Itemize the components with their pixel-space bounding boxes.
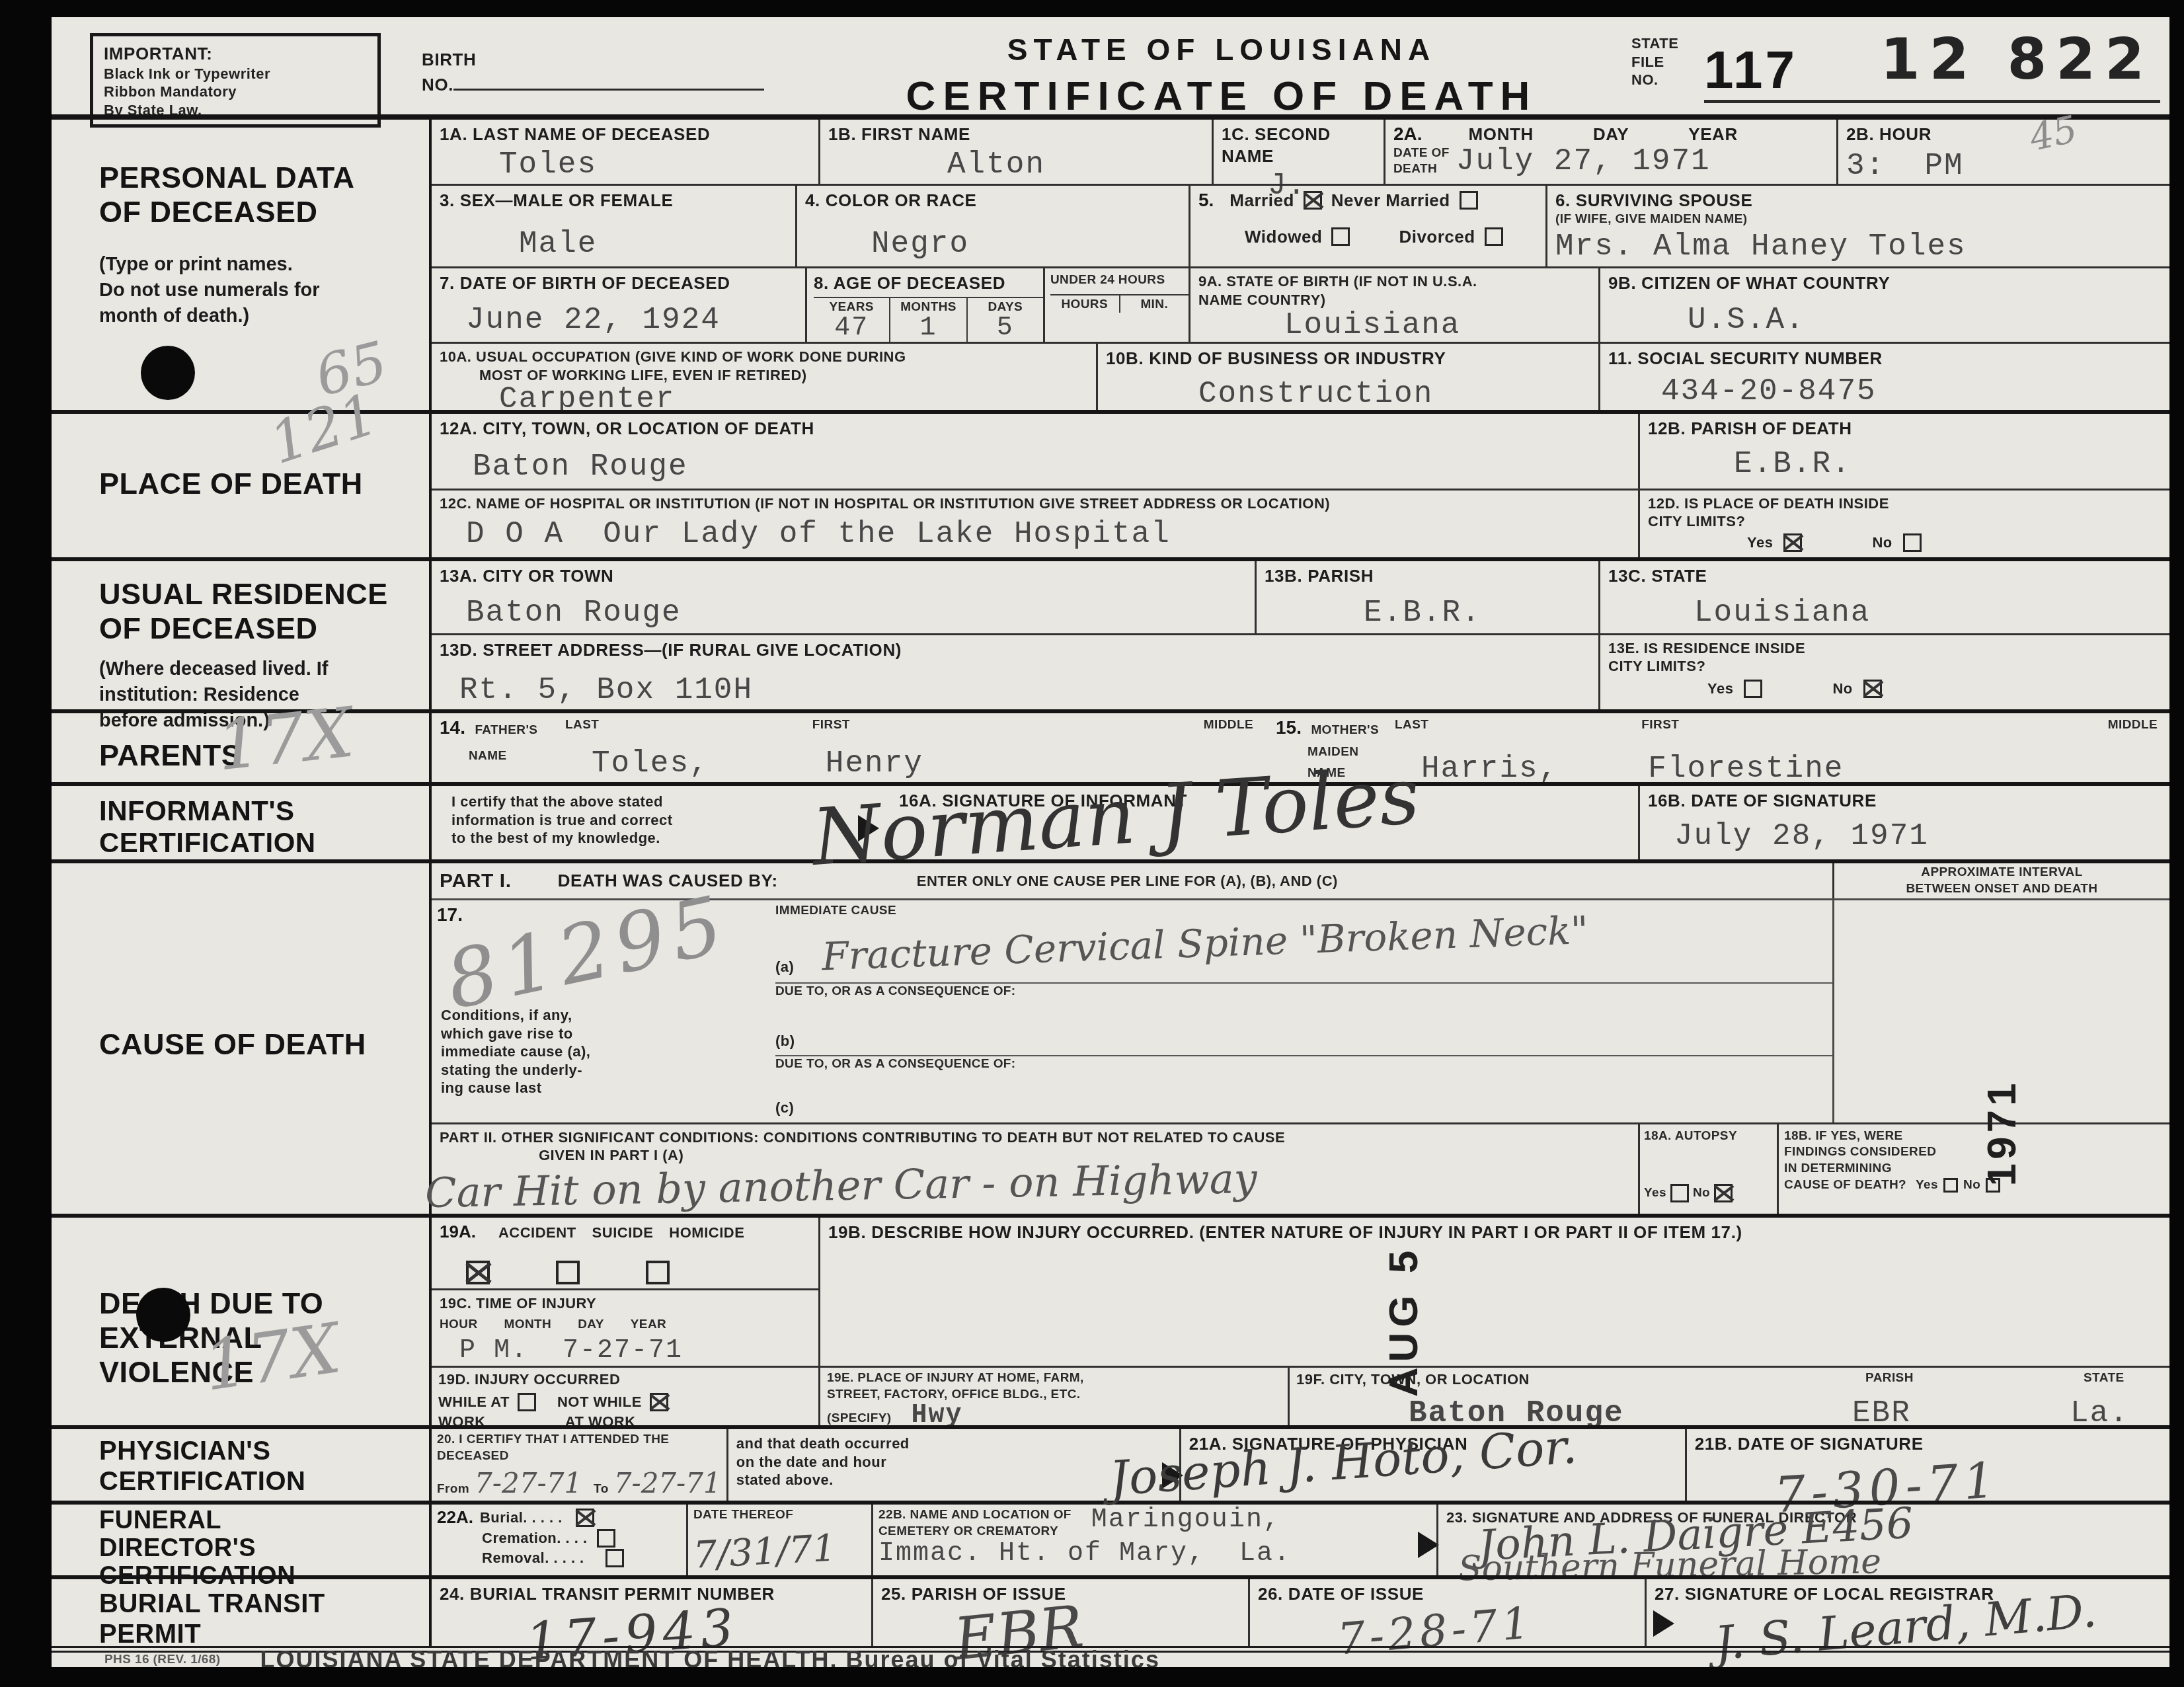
field-label: 1B. FIRST NAME [828,124,1204,145]
to-label: To [594,1481,609,1498]
field-label: 19C. TIME OF INJURY [440,1294,810,1313]
option-accident: ACCIDENT [498,1224,576,1242]
checkbox-never-married [1460,191,1478,210]
stamp-number: 12 822 [1881,26,2154,93]
column-header: MIDDLE [1980,717,2158,734]
field-1b: 1B. FIRST NAME Alton [818,120,1212,184]
checkbox-suicide [556,1261,580,1284]
field-label: UNDER 24 HOURS [1050,272,1189,289]
option-yes: Yes [1916,1177,1938,1194]
field-20: 20. I CERTIFY THAT I ATTENDED THE DECEAS… [432,1429,726,1501]
column-header: MONTH [1469,124,1534,145]
field-label: DEATH [1393,161,1450,178]
section-note: (Where deceased lived. If [99,656,422,682]
interval-header: APPROXIMATE INTERVAL BETWEEN ONSET AND D… [1832,863,2169,898]
field-sublabel: (IF WIFE, GIVE MAIDEN NAME) [1555,212,2162,228]
field-label: 12A. CITY, TOWN, OR LOCATION OF DEATH [440,418,1630,440]
column-header: HOUR [440,1317,478,1333]
conditions-note: ing cause last [441,1079,590,1097]
due-to-label: DUE TO, OR AS A CONSEQUENCE OF: [775,1057,1016,1071]
page-title: CERTIFICATE OF DEATH [832,73,1612,120]
certify-line: stated above. [736,1471,1171,1489]
section-title: INFORMANT'S [99,795,422,827]
date-thereof-label: DATE THEREOF [693,1507,866,1524]
handwritten-45: 45 [2027,111,2080,157]
due-to-label: DUE TO, OR AS A CONSEQUENCE OF: [775,984,1016,998]
mother-last: Harris, [1421,754,1641,784]
birth-no-line [453,71,764,91]
certify-line: to the best of my knowledge. [451,829,850,847]
column-header: MONTHS [900,300,956,314]
section-funeral: FUNERAL DIRECTOR'S CERTIFICATION [52,1505,432,1575]
field-value: Baton Rouge [466,598,1247,628]
field-10b: 10B. KIND OF BUSINESS OR INDUSTRY Constr… [1096,344,1598,410]
father-last: Toles, [592,748,812,779]
option-burial: Burial. . . . . [480,1509,563,1527]
line-b-label: (b) [775,1032,795,1050]
section-title: DIRECTOR'S [99,1535,422,1563]
burial-transit-band: BURIAL TRANSIT PERMIT 24. BURIAL TRANSIT… [52,1575,2169,1646]
checkbox-yes [1943,1178,1958,1193]
column-header: LAST [1395,717,1641,734]
pointer-arrow-icon [1653,1610,1674,1637]
part2: PART II. OTHER SIGNIFICANT CONDITIONS: C… [432,1124,1638,1214]
section-burial-transit: BURIAL TRANSIT PERMIT [52,1579,432,1646]
field-13a: 13A. CITY OR TOWN Baton Rouge [432,561,1255,633]
option-no: No [1832,680,1852,698]
column-header: HOURS [1061,297,1108,311]
field-12b: 12B. PARISH OF DEATH E.B.R. [1638,414,2169,489]
field-22a: 22A. Burial. . . . . Cremation. . . . Re… [432,1505,686,1575]
birth-no-label: NO. [422,75,453,95]
field-1c: 1C. SECOND NAME J. [1212,120,1384,184]
field-22b: 22B. NAME AND LOCATION OF CEMETERY OR CR… [871,1505,1436,1575]
field-label: 17. [437,904,463,925]
field-10a: 10A. USUAL OCCUPATION (GIVE KIND OF WORK… [432,344,1096,410]
conditions-note: which gave rise to [441,1025,590,1043]
field-label: 18A. AUTOPSY [1644,1128,1773,1145]
column-header: DAYS [988,300,1023,314]
field-12a: 12A. CITY, TOWN, OR LOCATION OF DEATH Ba… [432,414,1638,489]
field-25: 25. PARISH OF ISSUE EBR [871,1579,1248,1646]
field-17: 17. 81295 Conditions, if any, which gave… [432,900,1832,1122]
field-label: IN DETERMINING [1784,1161,2164,1177]
field-13d: 13D. STREET ADDRESS—(IF RURAL GIVE LOCAT… [432,635,1598,710]
field-9b: 9B. CITIZEN OF WHAT COUNTRY U.S.A. [1598,268,2169,342]
field-6: 6. SURVIVING SPOUSE (IF WIFE, GIVE MAIDE… [1545,186,2169,266]
column-header: MIDDLE [1061,717,1253,734]
checkbox-cremation [597,1529,615,1548]
section-usual-residence: USUAL RESIDENCE OF DECEASED (Where decea… [52,561,432,709]
field-value: 3: PM [1846,151,2162,181]
field-label: NAME [469,748,539,765]
field-18b: 18B. IF YES, WERE FINDINGS CONSIDERED IN… [1777,1124,2169,1214]
line-c-label: (c) [775,1099,794,1117]
section-title: FUNERAL [99,1507,422,1535]
field-2a: 2A. MONTH DAY YEAR DATE OF DEATH July 27… [1384,120,1836,184]
column-header: YEAR [1688,124,1738,145]
important-line: Black Ink or Typewriter [104,65,367,83]
field-19d: 19D. INJURY OCCURRED WHILE AT NOT WHILE … [432,1368,818,1429]
checkbox-not-while-at-work [650,1393,668,1411]
checkbox-no [1714,1184,1733,1202]
field-label: 13E. IS RESIDENCE INSIDE [1608,639,2162,658]
column-header: MONTH [504,1317,552,1333]
field-value: Mrs. Alma Haney Toles [1555,231,2162,262]
section-cause-of-death: CAUSE OF DEATH [52,863,432,1214]
part2-handwritten: Car Hit on by another Car - on Highway [425,1158,1258,1214]
section-title: PHYSICIAN'S [99,1436,422,1466]
field-value: U.S.A. [1688,305,2162,335]
certify-line: on the date and hour [736,1453,1171,1471]
field-label: 18B. IF YES, WERE [1784,1128,2164,1145]
section-title: PLACE OF DEATH [99,467,422,501]
field-17-main: IMMEDIATE CAUSE (a) Fracture Cervical Sp… [775,900,1832,1122]
field-13b: 13B. PARISH E.B.R. [1255,561,1598,633]
cause-a-handwritten: Fracture Cervical Spine "Broken Neck" [821,911,1588,976]
option-married: Married [1229,190,1294,212]
form-title-block: STATE OF LOUISIANA CERTIFICATE OF DEATH [832,32,1612,120]
section-note: Do not use numerals for [99,278,422,303]
section-title: USUAL RESIDENCE [99,577,422,611]
field-label: 1C. SECOND NAME [1222,124,1376,167]
field-label: 13C. STATE [1608,565,2162,587]
field-under-24: UNDER 24 HOURS HOURS MIN. [1043,268,1189,342]
conditions-note: immediate cause (a), [441,1042,590,1061]
option-no: No [1872,533,1892,552]
field-label: STREET, FACTORY, OFFICE BLDG., ETC. [827,1387,1281,1403]
handwritten-code: 81295 [440,884,735,1021]
checkbox-no [1903,533,1922,552]
section-title: OF DECEASED [99,195,422,229]
checkbox-yes [1670,1184,1689,1202]
checkbox-married [1304,191,1322,210]
checkbox-accident [466,1261,490,1284]
field-19a: 19A. ACCIDENT SUICIDE HOMICIDE [432,1218,818,1290]
field-19e: 19E. PLACE OF INJURY AT HOME, FARM, STRE… [818,1368,1288,1429]
pencil-note-17x: 17X [214,697,356,780]
external-violence-band: DEATH DUE TO EXTERNAL VIOLENCE 19A. ACCI… [52,1214,2169,1425]
section-note: month of death.) [99,303,422,329]
usual-residence-band: USUAL RESIDENCE OF DECEASED (Where decea… [52,557,2169,709]
field-value: Negro [871,229,1181,259]
scanned-document: IMPORTANT: Black Ink or Typewriter Ribbo… [0,0,2184,1687]
field-label: 19B. DESCRIBE HOW INJURY OCCURRED. (ENTE… [828,1222,2162,1243]
checkbox-while-at-work [518,1393,536,1411]
field-12c: 12C. NAME OF HOSPITAL OR INSTITUTION (IF… [432,490,1638,557]
field-19b: 19B. DESCRIBE HOW INJURY OCCURRED. (ENTE… [818,1218,2169,1366]
received-stamp-1971: 1971 [1978,1054,2025,1212]
field-label: 13D. STREET ADDRESS—(IF RURAL GIVE LOCAT… [440,639,1590,661]
option-cremation: Cremation. . . . [482,1529,588,1548]
section-title: CAUSE OF DEATH [99,1027,422,1062]
field-value: Louisiana [1694,598,2162,628]
field-label: DECEASED [437,1448,721,1465]
field-label: 2B. HOUR [1846,124,2162,145]
option-no: No [1693,1185,1710,1202]
field-12d: 12D. IS PLACE OF DEATH INSIDE CITY LIMIT… [1638,490,2169,557]
from-date-handwritten: 7-27-71 [475,1470,582,1497]
footer-band: PHS 16 (REV. 1/68) LOUISIANA STATE DEPAR… [52,1646,2169,1667]
important-line: Ribbon Mandatory [104,83,367,101]
section-note: (Type or print names. [99,252,422,278]
field-label: NAME COUNTRY) [1198,291,1590,309]
age-days: 5 [968,315,1043,342]
certify-line: and that death occurred [736,1434,1171,1453]
header-band: IMPORTANT: Black Ink or Typewriter Ribbo… [52,17,2169,114]
field-value: Louisiana [1284,310,1590,340]
conditions-note: stating the underly- [441,1061,590,1079]
field-label: 9A. STATE OF BIRTH (IF NOT IN U.S.A. [1198,272,1590,291]
hole-punch [141,346,195,400]
field-label: 1A. LAST NAME OF DECEASED [440,124,810,145]
field-label: 2A. [1393,124,1423,145]
field-label: CITY LIMITS? [1648,512,2162,531]
field-value: 434-20-8475 [1661,376,2162,407]
option-while-at-work: WHILE AT [438,1393,510,1411]
received-stamp-aug5: AUG 5 [1380,1216,1427,1427]
checkbox-removal [605,1549,624,1567]
field-value: July 28, 1971 [1674,821,2162,851]
option-never-married: Never Married [1331,190,1450,212]
section-physician: PHYSICIAN'S CERTIFICATION [52,1429,432,1501]
section-title: BURIAL TRANSIT [99,1589,422,1619]
field-value: P M. 7-27-71 [459,1338,810,1364]
checkbox-divorced [1485,227,1503,246]
cemetery-value: Immac. Ht. of Mary, La. [878,1541,1431,1567]
column-header: DAY [578,1317,604,1333]
field-9a: 9A. STATE OF BIRTH (IF NOT IN U.S.A. NAM… [1189,268,1598,342]
field-27: 27. SIGNATURE OF LOCAL REGISTRAR J. S. L… [1645,1579,2169,1646]
option-not-while-at-work: NOT WHILE [557,1393,642,1411]
field-8-age: 8. AGE OF DECEASED YEARS47 MONTHS1 DAYS5 [805,268,1043,342]
interval-label: APPROXIMATE INTERVAL [1842,865,2162,881]
checkbox-widowed [1331,227,1350,246]
field-label: 7. DATE OF BIRTH OF DECEASED [440,272,797,294]
field-label: 19D. INJURY OCCURRED [438,1370,812,1389]
interval-label: BETWEEN ONSET AND DEATH [1842,881,2162,898]
parish-value: EBR [1852,1398,2070,1429]
column-header: YEAR [631,1317,666,1333]
file-number-group: 117 12 822 [1704,24,2160,103]
age-months: 1 [890,315,966,342]
section-title: OF DECEASED [99,611,422,646]
section-title: CERTIFICATION [99,827,422,859]
checkbox-yes [1783,533,1802,552]
option-divorced: Divorced [1399,226,1475,248]
field-label: CITY LIMITS? [1608,657,2162,676]
field-label: 10B. KIND OF BUSINESS OR INDUSTRY [1106,348,1590,370]
field-21b: 21B. DATE OF SIGNATURE 7-30-71 [1685,1429,2169,1501]
certificate-paper: IMPORTANT: Black Ink or Typewriter Ribbo… [52,17,2169,1667]
field-label: 12C. NAME OF HOSPITAL OR INSTITUTION (IF… [440,494,1630,513]
option-suicide: SUICIDE [592,1224,654,1242]
field-16b: 16B. DATE OF SIGNATURE July 28, 1971 [1638,786,2169,859]
city-value: Baton Rouge [1409,1398,1852,1429]
important-title: IMPORTANT: [104,43,367,65]
field-18a: 18A. AUTOPSY Yes No [1638,1124,1777,1214]
conditions-note: Conditions, if any, [441,1006,590,1025]
field-label: 13B. PARISH [1265,565,1590,587]
field-label: 4. COLOR OR RACE [805,190,1181,212]
part1-label: PART I. [440,869,512,894]
from-label: From [437,1481,469,1498]
column-header: MIN. [1140,297,1168,311]
field-value: June 22, 1924 [466,305,797,335]
option-homicide: HOMICIDE [669,1224,744,1242]
column-header: FIRST [812,717,1061,734]
state-file-no: STATE FILE NO. [1631,34,1678,89]
field-label: DATE OF [1393,145,1450,162]
checkbox-yes [1744,680,1762,698]
field-label: 16B. DATE OF SIGNATURE [1648,790,2162,812]
field-label: 13A. CITY OR TOWN [440,565,1247,587]
field-value: Toles [499,149,810,180]
field-label: FINDINGS CONSIDERED [1784,1144,2164,1161]
file-number: 117 [1704,40,1797,100]
birth-no-label: BIRTH [422,49,764,71]
field-label: 10A. USUAL OCCUPATION (GIVE KIND OF WORK… [440,348,1088,366]
pencil-note-17x: 17X [200,1314,344,1401]
father-first: Henry [826,748,1061,779]
informant-certify-text: I certify that the above stated informat… [432,786,858,859]
to-date-handwritten: 7-27-71 [614,1470,721,1497]
field-13c: 13C. STATE Louisiana [1598,561,2169,633]
field-24: 24. BURIAL TRANSIT PERMIT NUMBER 17-943 [432,1579,871,1646]
age-years: 47 [814,315,889,342]
line-a-label: (a) [775,958,794,976]
hole-punch [136,1288,190,1342]
field-value: Alton [947,149,1204,180]
field-22a-date: DATE THEREOF 7/31/71 [686,1505,871,1575]
field-label: 5. [1198,190,1214,211]
field-label: 14. [440,717,465,738]
state-file-label: STATE [1631,34,1678,53]
state-file-label: NO. [1631,71,1678,89]
field-value: Male [519,229,787,259]
field-label: 12D. IS PLACE OF DEATH INSIDE [1648,494,2162,513]
field-label: 3. SEX—MALE OR FEMALE [440,190,787,212]
field-5-marital: 5. Married Never Married Widowed Divorce… [1189,186,1545,266]
part2-label: PART II. OTHER SIGNIFICANT CONDITIONS: C… [440,1128,1630,1147]
column-header: PARISH [1865,1370,2084,1389]
field-label: 19A. [440,1222,476,1242]
field-label: 12B. PARISH OF DEATH [1648,418,2162,440]
state-value: La. [2070,1398,2163,1429]
field-label: 9B. CITIZEN OF WHAT COUNTRY [1608,272,2162,294]
section-informant: INFORMANT'S CERTIFICATION [52,786,432,859]
column-header: STATE [2084,1370,2163,1389]
field-value: Construction [1198,379,1590,409]
field-value: D O A Our Lady of the Lake Hospital [466,519,1630,549]
field-13e: 13E. IS RESIDENCE INSIDE CITY LIMITS? Ye… [1598,635,2169,710]
checkbox-no [1863,680,1882,698]
field-label: CEMETERY OR CREMATORY [878,1524,1072,1540]
footer-text: LOUISIANA STATE DEPARTMENT OF HEALTH, Bu… [260,1646,1159,1667]
field-label: CAUSE OF DEATH? [1784,1177,1906,1194]
checkbox-burial [576,1509,594,1527]
mother-first: Florestine [1648,754,1979,784]
field-value: Baton Rouge [473,451,1630,482]
cemetery-value: Maringouin, [1091,1507,1280,1540]
section-title: PERMIT [99,1619,422,1649]
field-26: 26. DATE OF ISSUE 7-28-71 [1248,1579,1645,1646]
birth-no: BIRTH NO. [422,49,764,95]
date-thereof-handwritten: 7/31/71 [693,1528,867,1575]
option-yes: Yes [1644,1185,1666,1202]
important-box: IMPORTANT: Black Ink or Typewriter Ribbo… [90,33,381,128]
field-label: 11. SOCIAL SECURITY NUMBER [1608,348,2162,370]
checkbox-homicide [646,1261,670,1284]
field-11: 11. SOCIAL SECURITY NUMBER 434-20-8475 [1598,344,2169,410]
field-1a: 1A. LAST NAME OF DECEASED Toles [432,120,818,184]
field-23: 23. SIGNATURE AND ADDRESS OF FUNERAL DIR… [1436,1505,2169,1575]
certify-line: I certify that the above stated [451,793,850,811]
field-2b: 2B. HOUR 45 3: PM [1836,120,2169,184]
field-7: 7. DATE OF BIRTH OF DECEASED June 22, 19… [432,268,805,342]
field-4: 4. COLOR OR RACE Negro [795,186,1189,266]
field-label: 8. AGE OF DECEASED [814,272,1043,294]
option-yes: Yes [1747,533,1773,552]
field-value: Rt. 5, Box 110H [459,675,1590,705]
field-label: FATHER'S [475,723,537,739]
field-value: July 27, 1971 [1456,146,1711,177]
column-header: LAST [565,717,812,734]
field-label: 20. I CERTIFY THAT I ATTENDED THE [437,1432,721,1448]
column-header: FIRST [1641,717,1979,734]
field-label: 15. [1276,717,1302,738]
field-17-left: 17. 81295 Conditions, if any, which gave… [432,900,775,1122]
field-3: 3. SEX—MALE OR FEMALE Male [432,186,795,266]
certify-line: information is true and correct [451,811,850,830]
form-number: PHS 16 (REV. 1/68) [104,1652,220,1667]
field-label: MOTHER'S [1311,723,1379,739]
field-label: 19E. PLACE OF INJURY AT HOME, FARM, [827,1370,1281,1387]
option-removal: Removal. . . . . [482,1549,584,1567]
column-header: YEARS [829,300,873,314]
field-label: 6. SURVIVING SPOUSE [1555,190,2162,212]
section-title: CERTIFICATION [99,1466,422,1497]
cause-of-death-band: CAUSE OF DEATH PART I. DEATH WAS CAUSED … [52,859,2169,1214]
field-label: MOST OF WORKING LIFE, EVEN IF RETIRED) [479,366,1088,385]
state-file-label: FILE [1631,53,1678,71]
field-value: E.B.R. [1734,449,2162,479]
funeral-band: FUNERAL DIRECTOR'S CERTIFICATION 22A. Bu… [52,1501,2169,1575]
column-header: DAY [1593,124,1629,145]
state-name: STATE OF LOUISIANA [832,32,1612,67]
field-19c: 19C. TIME OF INJURY HOUR MONTH DAY YEAR … [432,1290,818,1368]
part1-instruction: ENTER ONLY ONE CAUSE PER LINE FOR (A), (… [917,872,1338,890]
option-widowed: Widowed [1245,226,1322,248]
field-label: 22A. [437,1507,473,1528]
option-yes: Yes [1707,680,1733,698]
field-value: E.B.R. [1364,598,1590,628]
field-label: 22B. NAME AND LOCATION OF [878,1507,1072,1524]
section-title: PERSONAL DATA [99,161,422,195]
part1-header: PART I. DEATH WAS CAUSED BY: ENTER ONLY … [432,863,1832,898]
